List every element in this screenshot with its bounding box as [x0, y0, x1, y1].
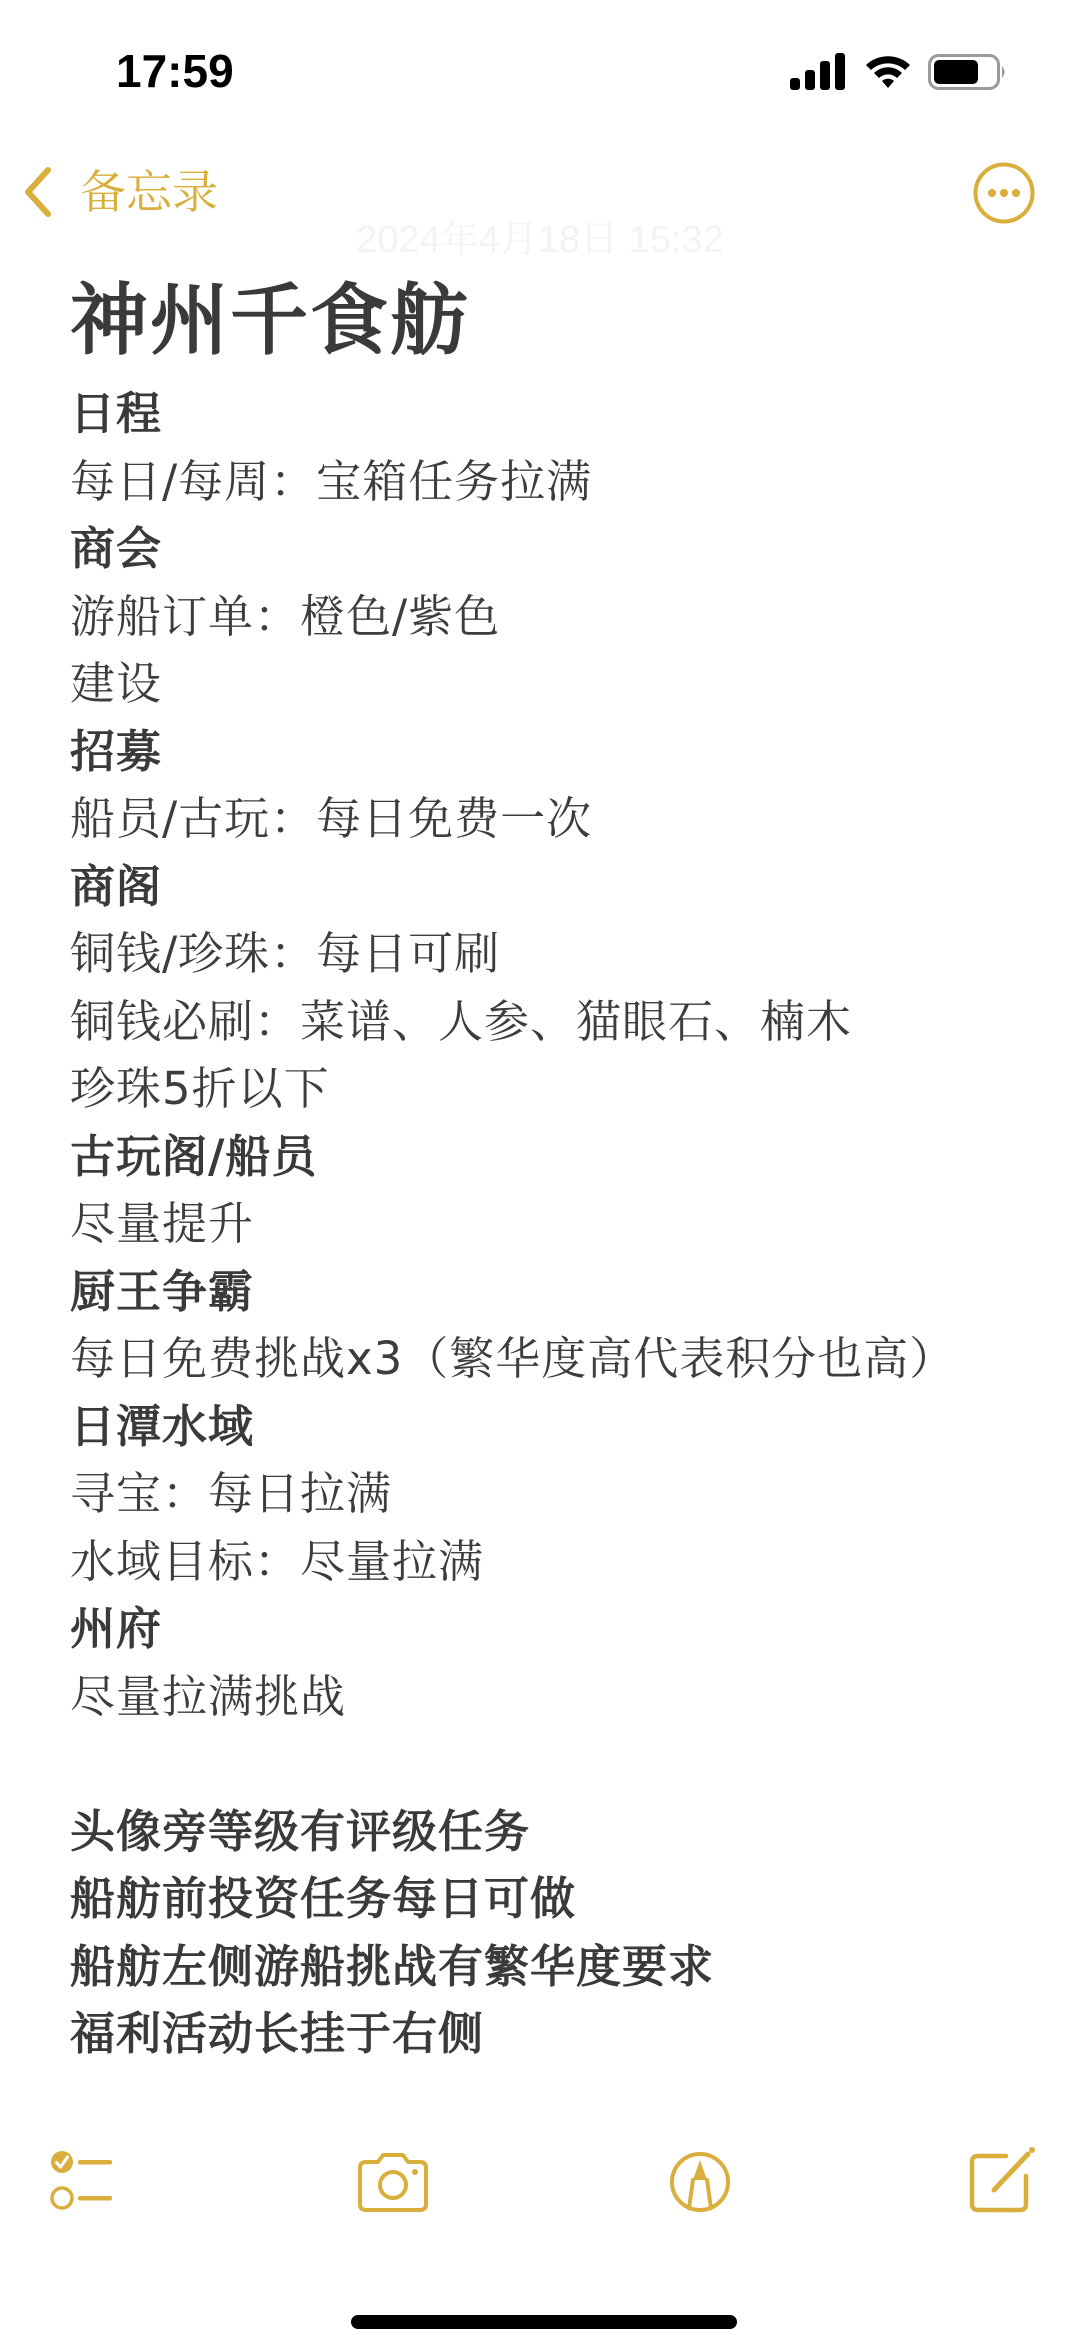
checklist-icon: [46, 2146, 122, 2218]
note-heading: 古玩阁/船员: [70, 1123, 1050, 1191]
markup-button[interactable]: [662, 2146, 738, 2218]
note-heading: 日程: [70, 380, 1050, 448]
camera-button[interactable]: [356, 2146, 432, 2218]
note-line: 每日/每周：宝箱任务拉满: [70, 448, 1050, 516]
note-line: 铜钱必刷：菜谱、人参、猫眼石、楠木: [70, 988, 1050, 1056]
camera-icon: [356, 2146, 432, 2218]
note-line: 水域目标：尽量拉满: [70, 1528, 1050, 1596]
note-line: 铜钱/珍珠：每日可刷: [70, 920, 1050, 988]
note-line: 建设: [70, 650, 1050, 718]
note-title[interactable]: 神州千食舫: [70, 276, 470, 366]
note-line: 游船订单：橙色/紫色: [70, 583, 1050, 651]
note-bold-line: 福利活动长挂于右侧: [70, 2000, 1050, 2068]
note-bold-line: 船舫前投资任务每日可做: [70, 1865, 1050, 1933]
battery-icon: [928, 54, 1008, 90]
note-date: 2024年4月18日 15:32: [0, 208, 1080, 263]
note-heading: 商阁: [70, 853, 1050, 921]
note-heading: 商会: [70, 515, 1050, 583]
note-bold-line: 船舫左侧游船挑战有繁华度要求: [70, 1933, 1050, 2001]
note-heading: 招募: [70, 718, 1050, 786]
home-indicator[interactable]: [351, 2315, 737, 2329]
wifi-icon: [863, 52, 913, 92]
signal-icon: [788, 52, 848, 92]
note-line: 船员/古玩：每日免费一次: [70, 785, 1050, 853]
note-body[interactable]: 日程 每日/每周：宝箱任务拉满 商会 游船订单：橙色/紫色 建设 招募 船员/古…: [70, 380, 1050, 2068]
note-blank-line: [70, 1730, 1050, 1798]
note-heading: 州府: [70, 1595, 1050, 1663]
note-line: 珍珠5折以下: [70, 1055, 1050, 1123]
note-heading: 日潭水域: [70, 1393, 1050, 1461]
note-line: 寻宝：每日拉满: [70, 1460, 1050, 1528]
checklist-button[interactable]: [46, 2146, 122, 2218]
compose-icon: [964, 2146, 1040, 2218]
note-line: 尽量拉满挑战: [70, 1663, 1050, 1731]
compose-button[interactable]: [964, 2146, 1040, 2218]
note-heading: 厨王争霸: [70, 1258, 1050, 1326]
note-line: 尽量提升: [70, 1190, 1050, 1258]
note-line: 每日免费挑战x3（繁华度高代表积分也高）: [70, 1325, 1050, 1393]
status-time: 17:59: [116, 44, 234, 98]
note-bold-line: 头像旁等级有评级任务: [70, 1798, 1050, 1866]
status-icons: [788, 52, 1018, 92]
markup-pen-icon: [662, 2146, 738, 2218]
